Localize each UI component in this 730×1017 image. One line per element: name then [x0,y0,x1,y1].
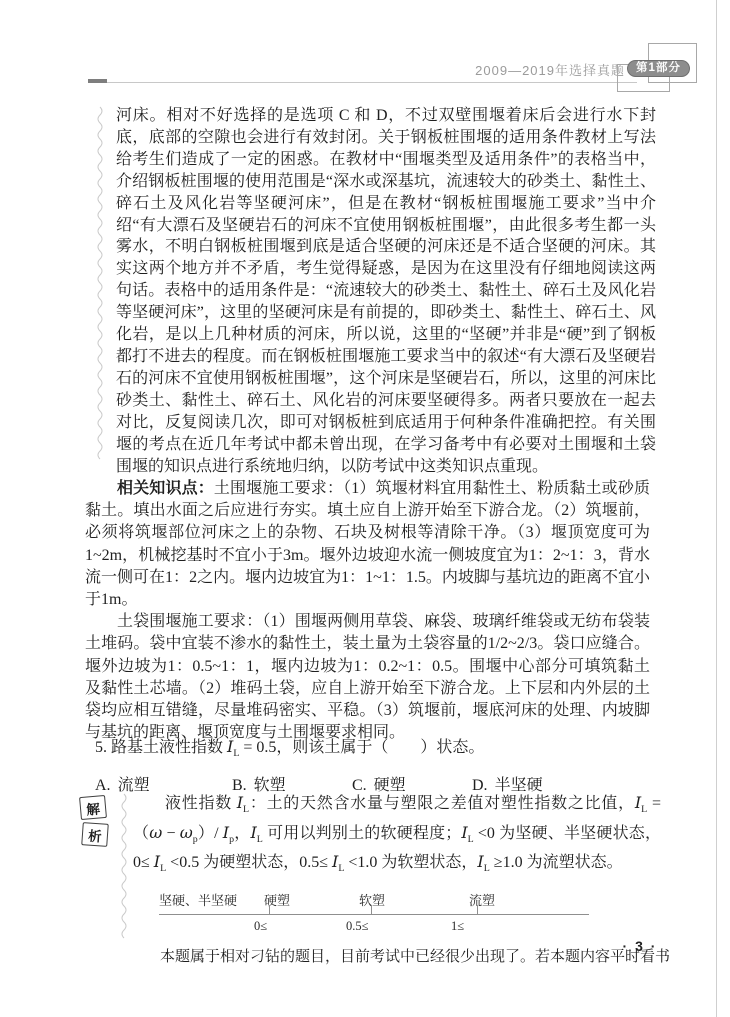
torn-edge-decoration [119,794,129,936]
liquidity-index-scale-diagram: 坚硬、半坚硬 硬塑 软塑 流塑 0≤ 0.5≤ 1≤ [159,890,589,938]
scale-value-1: 1≤ [451,919,464,934]
part-badge-group: 第1部分 [610,42,710,98]
question-stem-text: 路基土液性指数 IL = 0.5，则该土属于（ ）状态。 [111,739,484,756]
scale-value-05: 0.5≤ [346,919,369,934]
analysis-marker-top: 解 [79,795,107,820]
header-rule-accent [88,79,107,83]
analysis-body-text: 液性指数 IL：土的天然含水量与塑限之差值对塑性指数之比值，IL =（ω − ω… [133,792,661,881]
knowledge-heading: 相关知识点： [117,480,214,497]
analysis-marker-bottom: 析 [81,822,109,847]
analysis-block: 解 析 液性指数 IL：土的天然含水量与塑限之差值对塑性指数之比值，IL =（ω… [78,792,678,966]
scale-tick-0 [269,905,270,914]
page-number: · 3 · [600,938,680,954]
knowledge-paragraph-1: 相关知识点：土围堰施工要求：（1）筑堰材料宜用黏性土、粉质黏土或砂质黏土。填出水… [85,478,650,611]
question-number: 5. [95,739,107,756]
page-edge-line [716,0,717,1017]
knowledge-paragraph-1-text: 土围堰施工要求：（1）筑堰材料宜用黏性土、粉质黏土或砂质黏土。填出水面之后应进行… [85,480,650,608]
knowledge-paragraph-2: 土袋围堰施工要求：（1）围堰两侧用草袋、麻袋、玻璃纤维袋或无纺布袋装土堆码。袋中… [85,611,650,744]
question-options: A.流塑 B.软塑 C.硬塑 D.半坚硬 [95,772,652,794]
scale-label-soft-plastic: 软塑 [359,890,385,909]
header-title: 2009—2019年选择真题 [300,60,625,79]
scale-label-hard: 坚硬、半坚硬 [159,890,237,909]
scale-label-hard-plastic: 硬塑 [264,890,290,909]
analysis-continued-block: 河床。相对不好选择的是选项 C 和 D，不过双壁围堰着床后会进行水下封底，底部的… [95,105,657,477]
scale-label-flow-plastic: 流塑 [469,890,495,909]
scale-value-0: 0≤ [254,919,267,934]
question-block: 5. 路基土液性指数 IL = 0.5，则该土属于（ ）状态。 A.流塑 B.软… [95,736,652,794]
question-stem: 5. 路基土液性指数 IL = 0.5，则该土属于（ ）状态。 [95,736,652,765]
header-rule [88,82,637,83]
part-badge: 第1部分 [627,60,690,77]
scale-tick-05 [371,905,372,914]
analysis-closing-text: 本题属于相对刁钻的题目，目前考试中已经很少出现了。若本题内容平时看书 [133,945,661,966]
scale-axis-line [159,914,589,915]
torn-edge-decoration [95,107,105,455]
knowledge-block: 相关知识点：土围堰施工要求：（1）筑堰材料宜用黏性土、粉质黏土或砂质黏土。填出水… [85,478,650,744]
book-page: 2009—2019年选择真题 第1部分 河床。相对不好选择的是选项 C 和 D，… [0,0,730,1017]
scale-tick-1 [477,905,478,914]
analysis-continued-text: 河床。相对不好选择的是选项 C 和 D，不过双壁围堰着床后会进行水下封底，底部的… [116,105,656,477]
